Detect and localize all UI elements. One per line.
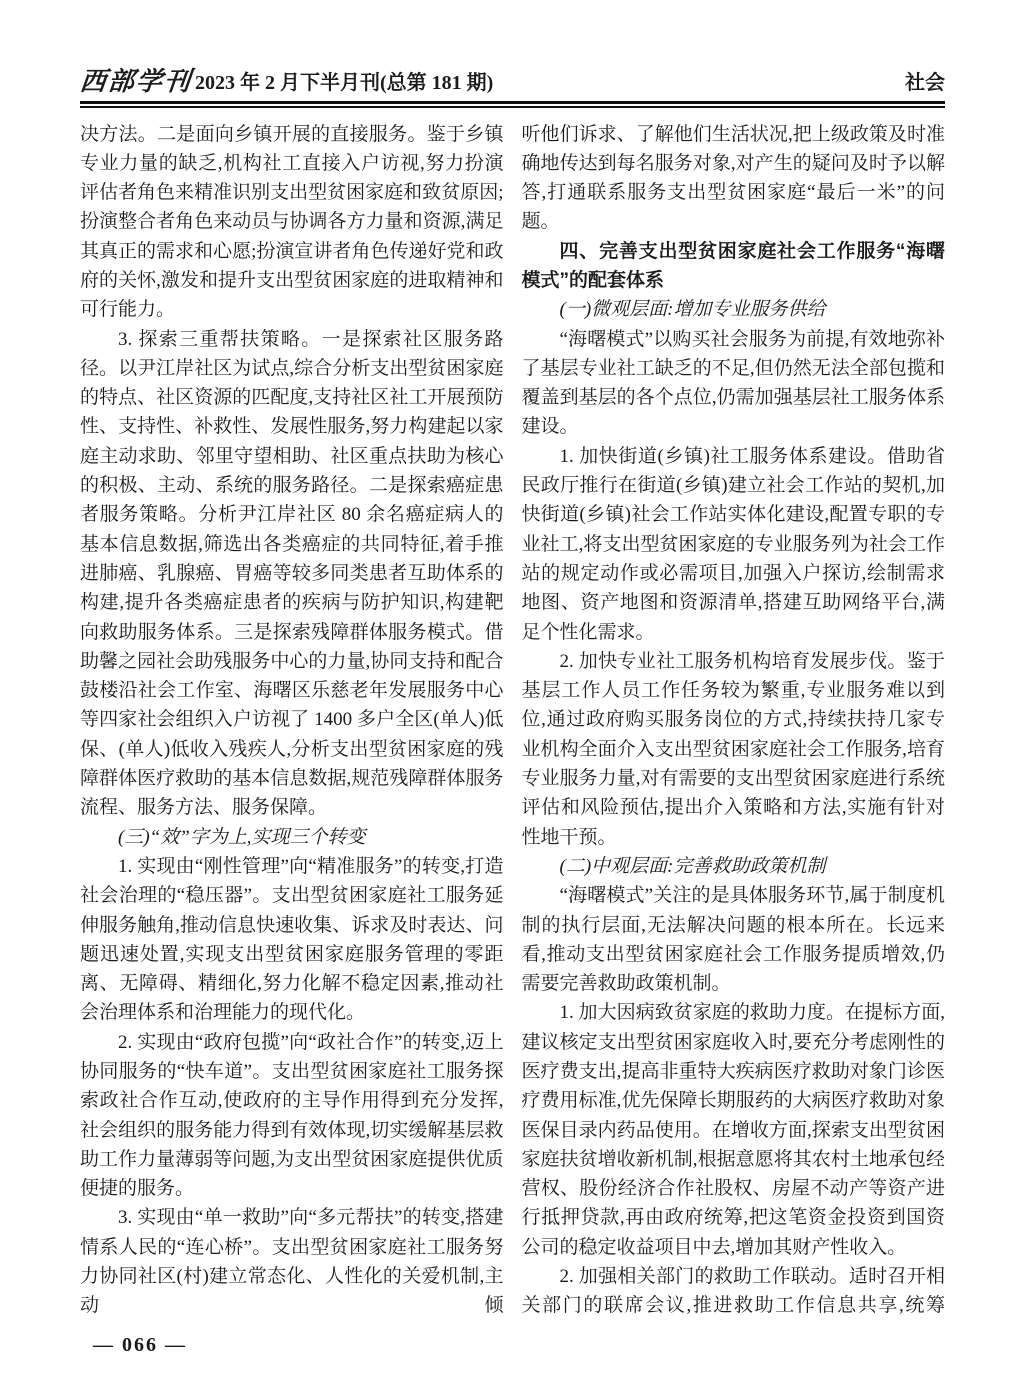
subsection-heading: (二)中观层面:完善救助政策机制 bbox=[522, 852, 946, 881]
paragraph: 1. 加快街道(乡镇)社工服务体系建设。借助省民政厅推行在街道(乡镇)建立社会工… bbox=[522, 442, 946, 647]
header-rule-top bbox=[80, 101, 945, 104]
section-heading: 四、完善支出型贫困家庭社会工作服务“海曙模式”的配套体系 bbox=[522, 237, 946, 296]
subsection-heading: (三)“效”字为上,实现三个转变 bbox=[80, 823, 504, 852]
paragraph-continued: 听他们诉求、了解他们生活状况,把上级政策及时准确地传达到每名服务对象,对产生的疑… bbox=[522, 120, 946, 237]
journal-page: 西部学刊 2023 年 2 月下半月刊(总第 181 期) 社会 决方法。二是面… bbox=[0, 0, 1024, 1357]
article-columns: 决方法。二是面向乡镇开展的直接服务。鉴于乡镇专业力量的缺乏,机构社工直接入户访视… bbox=[80, 120, 945, 1321]
paragraph: 2. 实现由“政府包揽”向“政社合作”的转变,迈上协同服务的“快车道”。支出型贫… bbox=[80, 1028, 504, 1204]
section-label: 社会 bbox=[905, 70, 945, 96]
paragraph: “海曙模式”以购买社会服务为前提,有效地弥补了基层专业社工缺乏的不足,但仍然无法… bbox=[522, 325, 946, 442]
paragraph: 3. 探索三重帮扶策略。一是探索社区服务路径。以尹江岸社区为试点,综合分析支出型… bbox=[80, 325, 504, 823]
issue-info: 2023 年 2 月下半月刊(总第 181 期) bbox=[195, 70, 493, 96]
paragraph: 1. 加大因病致贫家庭的救助力度。在提标方面,建议核定支出型贫困家庭收入时,要充… bbox=[522, 998, 946, 1262]
page-header: 西部学刊 2023 年 2 月下半月刊(总第 181 期) 社会 bbox=[80, 66, 945, 96]
paragraph-continued: 决方法。二是面向乡镇开展的直接服务。鉴于乡镇专业力量的缺乏,机构社工直接入户访视… bbox=[80, 120, 504, 325]
paragraph: “海曙模式”关注的是具体服务环节,属于制度机制的执行层面,无法解决问题的根本所在… bbox=[522, 881, 946, 998]
page-number: — 066 — bbox=[93, 1334, 187, 1356]
journal-logo: 西部学刊 bbox=[79, 68, 194, 96]
header-rule-bottom bbox=[80, 106, 945, 108]
paragraph: 1. 实现由“刚性管理”向“精准服务”的转变,打造社会治理的“稳压器”。支出型贫… bbox=[80, 852, 504, 1028]
paragraph: 2. 加快专业社工服务机构培育发展步伐。鉴于基层工作人员工作任务较为繁重,专业服… bbox=[522, 647, 946, 852]
right-column: 听他们诉求、了解他们生活状况,把上级政策及时准确地传达到每名服务对象,对产生的疑… bbox=[522, 120, 946, 1321]
paragraph-cut: 3. 实现由“单一救助”向“多元帮扶”的转变,搭建情系人民的“连心桥”。支出型贫… bbox=[80, 1203, 504, 1320]
paragraph-cut: 2. 加强相关部门的救助工作联动。适时召开相关部门的联席会议,推进救助工作信息共… bbox=[522, 1262, 946, 1321]
left-column: 决方法。二是面向乡镇开展的直接服务。鉴于乡镇专业力量的缺乏,机构社工直接入户访视… bbox=[80, 120, 504, 1321]
page-footer: — 066 — bbox=[80, 1334, 945, 1357]
header-left: 西部学刊 2023 年 2 月下半月刊(总第 181 期) bbox=[80, 68, 493, 96]
subsection-heading: (一)微观层面:增加专业服务供给 bbox=[522, 295, 946, 324]
